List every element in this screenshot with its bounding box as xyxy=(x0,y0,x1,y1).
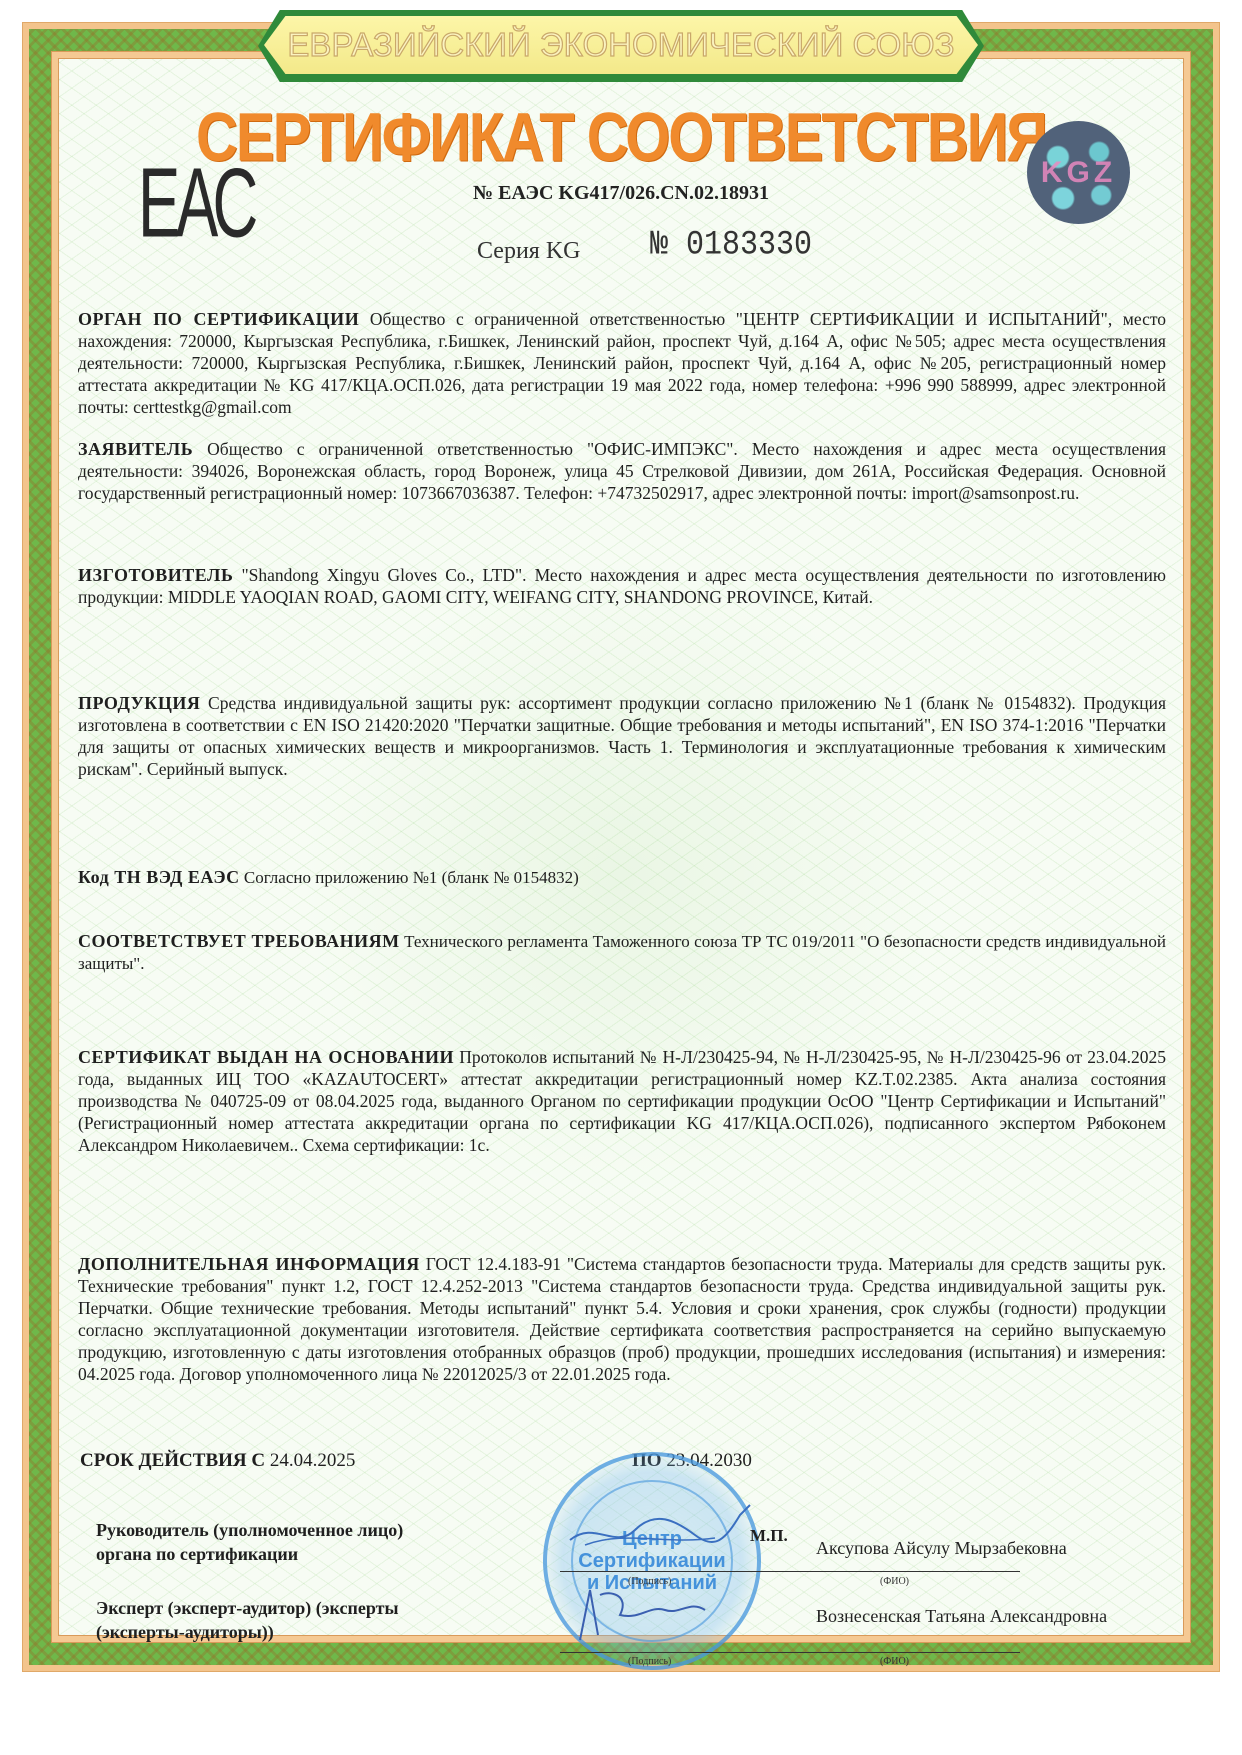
section-text: Средства индивидуальной защиты рук: ассо… xyxy=(78,693,1166,779)
expert-signature-icon xyxy=(570,1585,730,1645)
section-basis: СЕРТИФИКАТ ВЫДАН НА ОСНОВАНИИ Протоколов… xyxy=(78,1046,1166,1156)
section-label: ИЗГОТОВИТЕЛЬ xyxy=(78,565,233,585)
section-manufacturer: ИЗГОТОВИТЕЛЬ "Shandong Xingyu Gloves Co.… xyxy=(78,564,1166,608)
section-text: "Shandong Xingyu Gloves Co., LTD". Место… xyxy=(78,565,1166,607)
certificate-paper xyxy=(58,58,1184,1636)
certificate-border xyxy=(22,22,1220,1672)
head-signature-icon xyxy=(565,1500,765,1560)
head-signature-line xyxy=(560,1571,760,1572)
hologram-sticker-icon: KGZ xyxy=(1027,121,1130,224)
union-banner-text: ЕВРАЗИЙСКИЙ ЭКОНОМИЧЕСКИЙ СОЮЗ xyxy=(287,26,954,64)
head-name: Аксупова Айсулу Мырзабековна xyxy=(816,1538,1067,1559)
section-label: СЕРТИФИКАТ ВЫДАН НА ОСНОВАНИИ xyxy=(78,1047,454,1067)
certificate-number: № ЕАЭС KG417/026.CN.02.18931 xyxy=(0,182,1242,205)
section-text: Общество с ограниченной ответственностью… xyxy=(78,439,1166,503)
expert-name-caption: (ФИО) xyxy=(880,1656,909,1667)
section-label: Код ТН ВЭД ЕАЭС xyxy=(78,867,240,887)
section-label: СООТВЕТСТВУЕТ ТРЕБОВАНИЯМ xyxy=(78,931,400,951)
ornamental-border-band xyxy=(29,29,1213,1665)
head-name-line xyxy=(760,1571,1020,1572)
expert-signature-line xyxy=(560,1652,760,1653)
section-label: ДОПОЛНИТЕЛЬНАЯ ИНФОРМАЦИЯ xyxy=(78,1254,420,1274)
validity-from-date: 24.04.2025 xyxy=(270,1450,356,1471)
section-label: ЗАЯВИТЕЛЬ xyxy=(78,439,193,459)
section-applicant: ЗАЯВИТЕЛЬ Общество с ограниченной ответс… xyxy=(78,438,1166,504)
section-text: Согласно приложению №1 (бланк № 0154832) xyxy=(244,868,579,887)
seal-label: М.П. xyxy=(750,1526,788,1546)
section-hs-code: Код ТН ВЭД ЕАЭС Согласно приложению №1 (… xyxy=(78,866,1166,889)
validity-from-label: СРОК ДЕЙСТВИЯ С xyxy=(80,1450,265,1471)
expert-signature-caption: (Подпись) xyxy=(628,1656,671,1667)
series-label: Серия KG xyxy=(477,238,581,265)
serial-number: № 0183330 xyxy=(650,226,812,265)
section-certification-body: ОРГАН ПО СЕРТИФИКАЦИИ Общество с огранич… xyxy=(78,308,1166,418)
section-compliance: СООТВЕТСТВУЕТ ТРЕБОВАНИЯМ Технического р… xyxy=(78,930,1166,975)
expert-name: Вознесенская Татьяна Александровна xyxy=(816,1606,1107,1627)
expert-role-label: Эксперт (эксперт-аудитор) (эксперты (экс… xyxy=(96,1596,426,1644)
validity-from: СРОК ДЕЙСТВИЯ С 24.04.2025 xyxy=(80,1450,355,1472)
union-banner: ЕВРАЗИЙСКИЙ ЭКОНОМИЧЕСКИЙ СОЮЗ xyxy=(258,10,984,82)
section-additional-info: ДОПОЛНИТЕЛЬНАЯ ИНФОРМАЦИЯ ГОСТ 12.4.183-… xyxy=(78,1253,1166,1385)
section-product: ПРОДУКЦИЯ Средства индивидуальной защиты… xyxy=(78,692,1166,780)
head-role-label: Руководитель (уполномоченное лицо) орган… xyxy=(96,1518,426,1566)
section-label: ПРОДУКЦИЯ xyxy=(78,693,200,713)
head-signature-caption: (Подпись) xyxy=(628,1576,671,1587)
inner-border-band xyxy=(51,51,1191,1643)
head-name-caption: (ФИО) xyxy=(880,1576,909,1587)
section-label: ОРГАН ПО СЕРТИФИКАЦИИ xyxy=(78,309,359,329)
expert-name-line xyxy=(760,1652,1020,1653)
